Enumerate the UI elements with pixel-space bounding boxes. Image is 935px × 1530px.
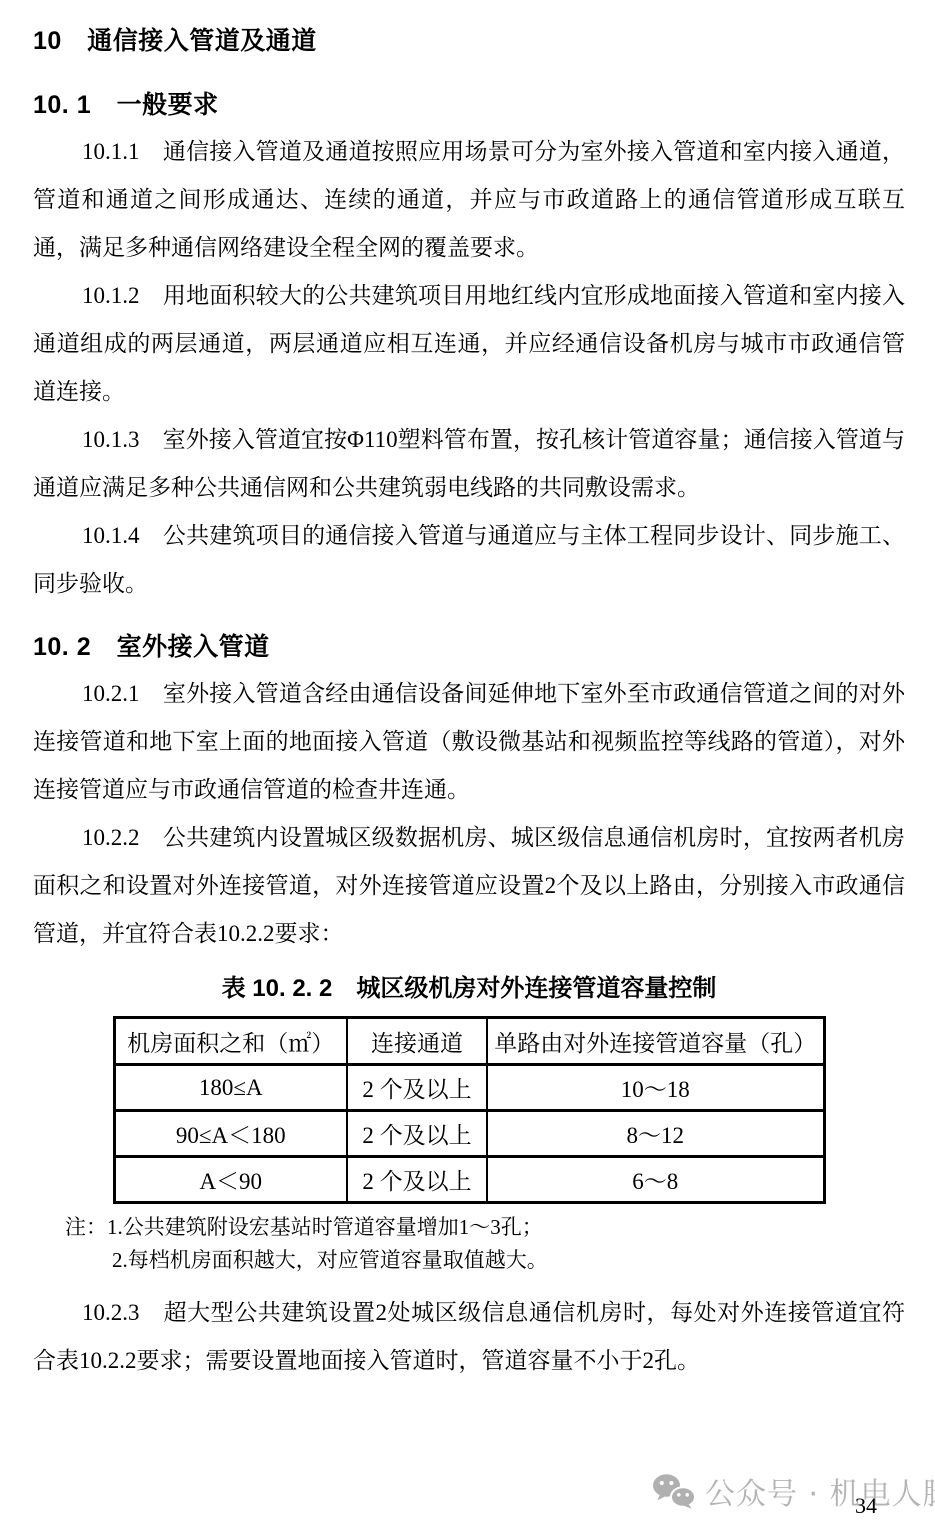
table-row: 90≤A＜180 2 个及以上 8～12 — [114, 1111, 824, 1157]
wechat-icon — [652, 1473, 696, 1509]
cell-channel-count: 2 个及以上 — [347, 1111, 487, 1157]
chapter-heading: 10 通信接入管道及通道 — [33, 26, 905, 56]
cell-area-range: 90≤A＜180 — [114, 1111, 347, 1157]
column-header-channels: 连接通道 — [347, 1018, 487, 1065]
table-notes: 注：1.公共建筑附设宏基站时管道容量增加1～3孔； 2.每档机房面积越大，对应管… — [65, 1211, 905, 1277]
table-row: A＜90 2 个及以上 6～8 — [114, 1157, 824, 1203]
document-page: 10 通信接入管道及通道 10. 1 一般要求 10.1.1 通信接入管道及通道… — [0, 0, 935, 1530]
cell-area-range: 180≤A — [114, 1065, 347, 1111]
cell-capacity-range: 10～18 — [487, 1065, 824, 1111]
table-caption: 表 10. 2. 2 城区级机房对外连接管道容量控制 — [33, 974, 905, 1004]
page-number: 34 — [855, 1493, 877, 1519]
paragraph-10-2-1: 10.2.1 室外接入管道含经由通信设备间延伸地下室外至市政通信管道之间的对外连… — [33, 670, 905, 814]
pipe-capacity-table: 机房面积之和（㎡） 连接通道 单路由对外连接管道容量（孔） 180≤A 2 个及… — [113, 1016, 826, 1204]
wechat-watermark: 公众号 · 机电人脉 — [652, 1472, 935, 1510]
paragraph-10-1-4: 10.1.4 公共建筑项目的通信接入管道与通道应与主体工程同步设计、同步施工、同… — [33, 512, 905, 608]
cell-channel-count: 2 个及以上 — [347, 1065, 487, 1111]
table-note-2: 2.每档机房面积越大，对应管道容量取值越大。 — [65, 1244, 905, 1277]
paragraph-10-1-1: 10.1.1 通信接入管道及通道按照应用场景可分为室外接入管道和室内接入通道，管… — [33, 128, 905, 272]
table-row: 180≤A 2 个及以上 10～18 — [114, 1065, 824, 1111]
section-heading-10-2: 10. 2 室外接入管道 — [33, 632, 905, 662]
cell-channel-count: 2 个及以上 — [347, 1157, 487, 1203]
table-note-1: 注：1.公共建筑附设宏基站时管道容量增加1～3孔； — [65, 1211, 905, 1244]
table-header-row: 机房面积之和（㎡） 连接通道 单路由对外连接管道容量（孔） — [114, 1018, 824, 1065]
column-header-capacity: 单路由对外连接管道容量（孔） — [487, 1018, 824, 1065]
cell-area-range: A＜90 — [114, 1157, 347, 1203]
paragraph-10-2-2: 10.2.2 公共建筑内设置城区级数据机房、城区级信息通信机房时，宜按两者机房面… — [33, 814, 905, 958]
cell-capacity-range: 6～8 — [487, 1157, 824, 1203]
column-header-room-area: 机房面积之和（㎡） — [114, 1018, 347, 1065]
paragraph-10-1-3: 10.1.3 室外接入管道宜按Φ110塑料管布置，按孔核计管道容量；通信接入管道… — [33, 416, 905, 512]
section-heading-10-1: 10. 1 一般要求 — [33, 90, 905, 120]
cell-capacity-range: 8～12 — [487, 1111, 824, 1157]
paragraph-10-1-2: 10.1.2 用地面积较大的公共建筑项目用地红线内宜形成地面接入管道和室内接入通… — [33, 272, 905, 416]
paragraph-10-2-3: 10.2.3 超大型公共建筑设置2处城区级信息通信机房时，每处对外连接管道宜符合… — [33, 1289, 905, 1385]
watermark-text: 公众号 · 机电人脉 — [705, 1469, 935, 1513]
